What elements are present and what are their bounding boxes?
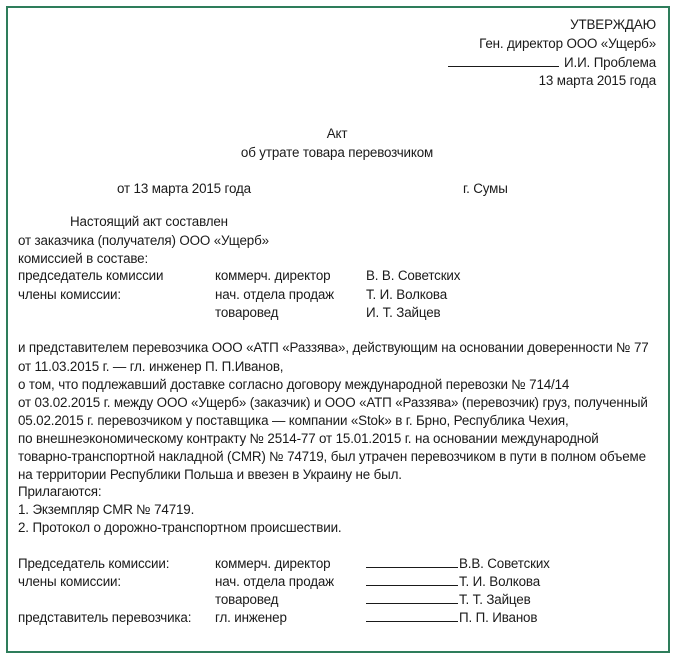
- body-line: на территории Республики Польша и ввезен…: [18, 466, 402, 484]
- signature-position: гл. инженер: [215, 609, 287, 627]
- commission-name: И. Т. Зайцев: [366, 304, 441, 322]
- body-line: и представителем перевозчика ООО «АТП «Р…: [18, 339, 649, 357]
- body-line: от 11.03.2015 г. — гл. инженер П. П.Иван…: [18, 358, 283, 376]
- signature-blank: [366, 555, 458, 568]
- signature-blank: [366, 591, 458, 604]
- signature-role: Председатель комиссии:: [18, 555, 169, 573]
- signature-name: Т. И. Волкова: [459, 574, 540, 589]
- signature-name: В.В. Советских: [459, 556, 550, 571]
- commission-position: нач. отдела продаж: [215, 286, 334, 304]
- signature-position: коммерч. директор: [215, 555, 330, 573]
- signature-row: Т. И. Волкова: [366, 573, 540, 591]
- signature-name: П. П. Иванов: [459, 610, 537, 625]
- signature-position: товаровед: [215, 591, 278, 609]
- commission-name: Т. И. Волкова: [366, 286, 447, 304]
- intro-line-3: комиссией в составе:: [18, 250, 148, 268]
- commission-role: члены комиссии:: [18, 286, 121, 304]
- approval-position: Ген. директор ООО «Ущерб»: [479, 35, 656, 53]
- signature-blank: [448, 54, 559, 67]
- signature-role: представитель перевозчика:: [18, 609, 191, 627]
- signature-name: Т. Т. Зайцев: [459, 592, 531, 607]
- attachment-item: 2. Протокол о дорожно-транспортном проис…: [18, 519, 341, 537]
- signature-blank: [366, 573, 458, 586]
- commission-position: коммерч. директор: [215, 267, 330, 285]
- signature-row: В.В. Советских: [366, 555, 550, 573]
- document-title: Акт: [6, 125, 668, 143]
- body-line: товарно-транспортной накладной (CMR) № 7…: [18, 448, 646, 466]
- signature-blank: [366, 609, 458, 622]
- approval-date: 13 марта 2015 года: [539, 72, 656, 90]
- commission-role: председатель комиссии: [18, 267, 163, 285]
- act-place: г. Сумы: [463, 180, 508, 198]
- intro-line-1: Настоящий акт составлен: [70, 213, 228, 231]
- act-date: от 13 марта 2015 года: [117, 180, 251, 198]
- intro-line-2: от заказчика (получателя) ООО «Ущерб»: [18, 232, 269, 250]
- approval-heading: УТВЕРЖДАЮ: [570, 16, 656, 34]
- body-line: по внешнеэкономическому контракту № 2514…: [18, 430, 599, 448]
- attachment-item: 1. Экземпляр CMR № 74719.: [18, 501, 194, 519]
- approval-signatory: И.И. Проблема: [564, 55, 656, 70]
- signature-row: П. П. Иванов: [366, 609, 537, 627]
- signature-role: члены комиссии:: [18, 573, 121, 591]
- commission-name: В. В. Советских: [366, 267, 460, 285]
- signature-position: нач. отдела продаж: [215, 573, 334, 591]
- document-subtitle: об утрате товара перевозчиком: [6, 144, 668, 162]
- body-line: о том, что подлежавший доставке согласно…: [18, 376, 569, 394]
- commission-position: товаровед: [215, 304, 278, 322]
- approval-signature-line: И.И. Проблема: [448, 54, 656, 72]
- body-line: от 03.02.2015 г. между ООО «Ущерб» (зака…: [18, 394, 648, 412]
- body-line: 05.02.2015 г. перевозчиком у поставщика …: [18, 412, 569, 430]
- attachments-heading: Прилагаются:: [18, 483, 101, 501]
- signature-row: Т. Т. Зайцев: [366, 591, 531, 609]
